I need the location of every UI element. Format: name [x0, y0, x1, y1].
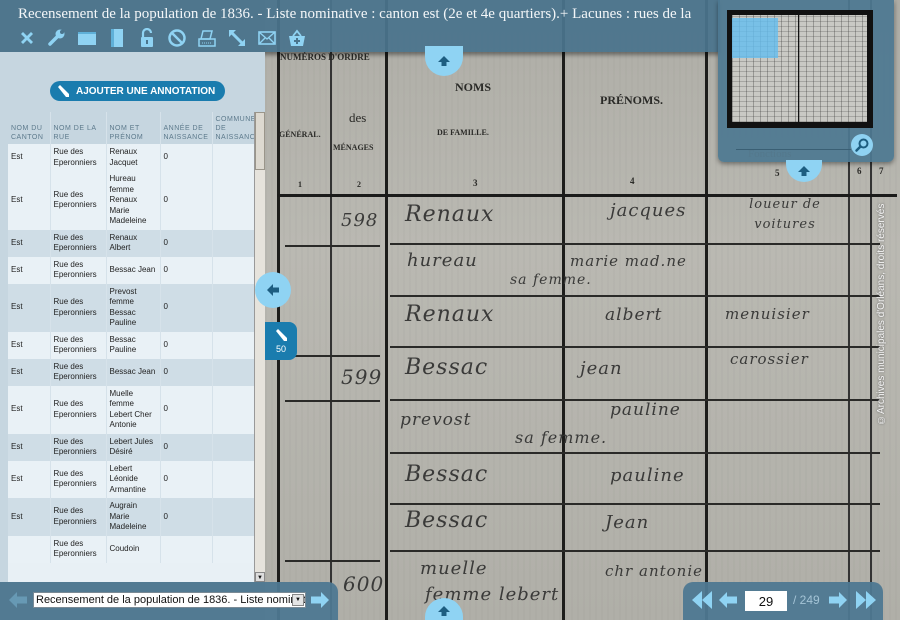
document-select-value: Recensement de la population de 1836. - … [36, 594, 306, 606]
cell-annee: 0 [160, 257, 212, 284]
close-button[interactable] [16, 28, 38, 48]
cell-canton: Est [8, 461, 50, 499]
table-row[interactable]: EstRue des EperonniersBessac Jean0 [8, 257, 254, 284]
cell-rue: Rue des Eperonniers [50, 230, 106, 257]
cell-nom: Coudoin [106, 536, 160, 563]
double-arrow-left-icon [691, 590, 715, 610]
page-navigator: / 249 [683, 582, 883, 620]
arrow-up-icon [437, 605, 451, 617]
cell-commune [212, 498, 254, 536]
pencil-icon [56, 84, 70, 98]
mail-button[interactable] [256, 28, 278, 48]
hand-metier: menuisier [725, 305, 810, 323]
cell-rue: Rue des Eperonniers [50, 536, 106, 563]
cell-nom: Prevost femme Bessac Pauline [106, 284, 160, 332]
cell-commune [212, 461, 254, 499]
cell-canton: Est [8, 386, 50, 434]
zoom-button[interactable] [851, 134, 873, 156]
cell-nom: Augrain Marie Madeleine [106, 498, 160, 536]
cell-rue: Rue des Eperonniers [50, 386, 106, 434]
cell-commune [212, 171, 254, 230]
col-number: 5 [775, 168, 780, 178]
hand-note: sa femme. [515, 428, 607, 447]
minimap-thumbnail[interactable] [727, 10, 873, 128]
print-numeros: NUMÉROS D'ORDRE [280, 52, 370, 62]
table-row[interactable]: EstRue des EperonniersLebert Jules Désir… [8, 434, 254, 461]
cell-annee [160, 536, 212, 563]
arrow-left-icon [266, 283, 280, 297]
cell-nom: Bessac Jean [106, 257, 160, 284]
annotations-table: NOM DU CANTON NOM DE LA RUE NOM ET PRÉNO… [8, 112, 254, 563]
cell-rue: Rue des Eperonniers [50, 498, 106, 536]
cell-canton: Est [8, 332, 50, 359]
print-prenoms: PRÉNOMS. [600, 93, 663, 108]
column-header[interactable]: NOM DE LA RUE [50, 112, 106, 144]
cell-canton: Est [8, 257, 50, 284]
portrait-view-icon [107, 28, 127, 48]
previous-page-button[interactable] [718, 590, 738, 615]
register-rule [562, 0, 565, 620]
wrench-icon [47, 28, 67, 48]
register-rule [390, 295, 880, 297]
document-title: Recensement de la population de 1836. - … [18, 6, 691, 23]
header-bar: Recensement de la population de 1836. - … [0, 0, 720, 52]
scroll-down-arrow[interactable]: ▼ [255, 572, 265, 582]
cell-canton: Est [8, 359, 50, 386]
next-document-button[interactable] [310, 590, 330, 615]
annotations-panel: AJOUTER UNE ANNOTATION NOM DU CANTON NOM… [0, 52, 265, 582]
hand-prenom: jacques [610, 200, 686, 221]
double-arrow-right-icon [853, 590, 877, 610]
cell-canton: Est [8, 230, 50, 257]
cell-commune [212, 434, 254, 461]
fullscreen-button[interactable] [226, 28, 248, 48]
register-rule [390, 550, 880, 552]
table-row[interactable]: EstRue des EperonniersHureau femme Renau… [8, 171, 254, 230]
tools-button[interactable] [46, 28, 68, 48]
register-rule [285, 245, 380, 247]
cell-rue: Rue des Eperonniers [50, 332, 106, 359]
register-rule [277, 0, 280, 620]
cell-nom: Bessac Jean [106, 359, 160, 386]
minimap-panel: Fonctions [718, 0, 894, 162]
page-number-input[interactable] [745, 591, 787, 611]
minimap-label: Fonctions [748, 148, 791, 160]
hand-num: 599 [341, 365, 382, 389]
basket-add-button[interactable] [286, 28, 308, 48]
arrow-right-icon [828, 590, 848, 610]
cell-annee: 0 [160, 332, 212, 359]
table-row[interactable]: EstRue des EperonniersAugrain Marie Made… [8, 498, 254, 536]
register-rule [285, 560, 380, 562]
column-header[interactable]: COMMUNE DE NAISSANCE [212, 112, 254, 144]
close-icon [17, 28, 37, 48]
annotation-count: 50 [276, 344, 286, 354]
hand-nom: Renaux [405, 302, 494, 327]
unlock-icon [137, 28, 157, 48]
hand-nom: Bessac [405, 355, 488, 380]
cell-commune [212, 284, 254, 332]
table-row[interactable]: Rue des EperonniersCoudoin [8, 536, 254, 563]
add-annotation-button[interactable]: AJOUTER UNE ANNOTATION [50, 81, 225, 101]
add-annotation-label: AJOUTER UNE ANNOTATION [76, 86, 215, 97]
cell-nom: Hureau femme Renaux Marie Madeleine [106, 171, 160, 230]
annotation-count-badge[interactable]: 50 [265, 322, 297, 360]
unlock-button[interactable] [136, 28, 158, 48]
mail-icon [257, 28, 277, 48]
cell-canton: Est [8, 284, 50, 332]
cell-rue: Rue des Eperonniers [50, 461, 106, 499]
hand-note: sa femme. [510, 272, 592, 288]
print-general: GÉNÉRAL. [279, 130, 321, 139]
pencil-icon [274, 328, 288, 342]
minimap-right-page [799, 15, 867, 122]
register-rule [705, 0, 708, 620]
cell-canton [8, 536, 50, 563]
hand-nom: muelle [420, 558, 487, 579]
table-row[interactable]: EstRue des EperonniersRenaux Jacquet0 [8, 144, 254, 171]
hand-nom: Bessac [405, 508, 488, 533]
register-rule [285, 400, 380, 402]
document-selector-bar: Recensement de la population de 1836. - … [0, 582, 338, 620]
register-rule [390, 503, 880, 505]
next-page-button[interactable] [828, 590, 848, 615]
cell-rue: Rue des Eperonniers [50, 284, 106, 332]
landscape-view-icon [77, 28, 97, 48]
register-rule [390, 243, 880, 245]
hand-nom: hureau [407, 250, 478, 271]
hand-nom: Renaux [405, 202, 494, 227]
cell-rue: Rue des Eperonniers [50, 257, 106, 284]
magnifier-icon [854, 137, 870, 153]
cell-rue: Rue des Eperonniers [50, 359, 106, 386]
cell-nom: Muelle femme Lebert Cher Antonie [106, 386, 160, 434]
print-icon [197, 28, 217, 48]
hand-prenom: chr antonie [605, 562, 703, 580]
print-de-famille: DE FAMILLE. [437, 128, 489, 137]
landscape-view-button[interactable] [76, 28, 98, 48]
previous-document-button[interactable] [8, 590, 28, 615]
collapse-panel-button[interactable] [255, 272, 291, 308]
cell-commune [212, 359, 254, 386]
column-header[interactable]: ANNÉE DE NAISSANCE [160, 112, 212, 144]
hand-num: 598 [341, 210, 378, 231]
scrollbar-thumb[interactable] [255, 112, 265, 170]
col-number: 3 [473, 178, 478, 188]
table-header-row: NOM DU CANTON NOM DE LA RUE NOM ET PRÉNO… [8, 112, 254, 144]
hand-prenom: pauline [610, 465, 685, 486]
last-page-button[interactable] [853, 590, 877, 615]
block-icon [167, 28, 187, 48]
cell-annee: 0 [160, 434, 212, 461]
table-row[interactable]: EstRue des EperonniersPrevost femme Bess… [8, 284, 254, 332]
hand-prenom: Jean [605, 512, 649, 533]
cell-commune [212, 230, 254, 257]
print-des: des [349, 110, 366, 126]
arrow-up-icon [797, 165, 811, 177]
document-select[interactable]: Recensement de la population de 1836. - … [33, 592, 306, 608]
cell-canton: Est [8, 498, 50, 536]
basket-add-icon [287, 28, 307, 48]
cell-annee: 0 [160, 498, 212, 536]
table-row[interactable]: EstRue des EperonniersBessac Jean0 [8, 359, 254, 386]
table-row[interactable]: EstRue des EperonniersLebert Léonide Arm… [8, 461, 254, 499]
annotations-table-body: EstRue des EperonniersRenaux Jacquet0Est… [8, 144, 254, 563]
hand-prenom: marie mad.ne [570, 252, 687, 270]
arrow-left-icon [718, 590, 738, 610]
print-menages: MÉNAGES [333, 143, 373, 152]
cell-annee: 0 [160, 461, 212, 499]
hand-metier: loueur de voitures [720, 195, 850, 235]
cell-nom: Lebert Jules Désiré [106, 434, 160, 461]
hand-prenom: pauline [610, 400, 681, 420]
cell-nom: Renaux Albert [106, 230, 160, 257]
dropdown-arrow-icon[interactable]: ▼ [292, 594, 304, 606]
col-number: 4 [630, 176, 635, 186]
cell-annee: 0 [160, 144, 212, 171]
hand-prenom: jean [580, 358, 623, 379]
hand-metier: carossier [730, 350, 809, 368]
page-total: / 249 [793, 593, 820, 607]
table-row[interactable]: EstRue des EperonniersMuelle femme Leber… [8, 386, 254, 434]
cell-canton: Est [8, 171, 50, 230]
arrow-left-icon [8, 590, 28, 610]
hand-prenom: albert [605, 305, 662, 325]
register-rule [330, 0, 332, 620]
cell-canton: Est [8, 144, 50, 171]
cell-annee: 0 [160, 284, 212, 332]
hand-nom: prevost [400, 410, 471, 430]
cell-nom: Renaux Jacquet [106, 144, 160, 171]
cell-nom: Lebert Léonide Armantine [106, 461, 160, 499]
arrow-right-icon [310, 590, 330, 610]
table-row[interactable]: EstRue des EperonniersBessac Pauline0 [8, 332, 254, 359]
annotations-table-container: NOM DU CANTON NOM DE LA RUE NOM ET PRÉNO… [8, 112, 254, 582]
cell-nom: Bessac Pauline [106, 332, 160, 359]
cell-canton: Est [8, 434, 50, 461]
portrait-view-button[interactable] [106, 28, 128, 48]
print-button[interactable] [196, 28, 218, 48]
column-header[interactable]: NOM DU CANTON [8, 112, 50, 144]
cell-annee: 0 [160, 359, 212, 386]
cell-rue: Rue des Eperonniers [50, 144, 106, 171]
register-rule [390, 346, 880, 348]
table-scrollbar[interactable]: ▼ [254, 112, 265, 582]
table-row[interactable]: EstRue des EperonniersRenaux Albert0 [8, 230, 254, 257]
copyright-watermark: ©Archives municipales d'Orléans, droits … [876, 165, 890, 425]
cell-annee: 0 [160, 230, 212, 257]
col-number: 1 [298, 180, 302, 189]
print-noms: NOMS [455, 80, 491, 95]
cell-annee: 0 [160, 171, 212, 230]
cell-commune [212, 144, 254, 171]
register-rule [385, 0, 388, 620]
hand-num: 600 [343, 572, 384, 596]
fullscreen-icon [227, 28, 247, 48]
toolbar [16, 28, 308, 48]
cell-commune [212, 386, 254, 434]
col-number: 6 [857, 166, 862, 176]
first-page-button[interactable] [691, 590, 715, 615]
block-button[interactable] [166, 28, 188, 48]
register-rule [285, 355, 380, 357]
cell-rue: Rue des Eperonniers [50, 171, 106, 230]
minimap-viewport[interactable] [732, 18, 778, 58]
cell-commune [212, 257, 254, 284]
cell-annee: 0 [160, 386, 212, 434]
cell-commune [212, 332, 254, 359]
arrow-up-icon [437, 55, 451, 67]
col-number: 2 [357, 180, 361, 189]
column-header[interactable]: NOM ET PRÉNOM [106, 112, 160, 144]
cell-rue: Rue des Eperonniers [50, 434, 106, 461]
register-rule [390, 452, 880, 454]
cell-commune [212, 536, 254, 563]
hand-nom: Bessac [405, 462, 488, 487]
